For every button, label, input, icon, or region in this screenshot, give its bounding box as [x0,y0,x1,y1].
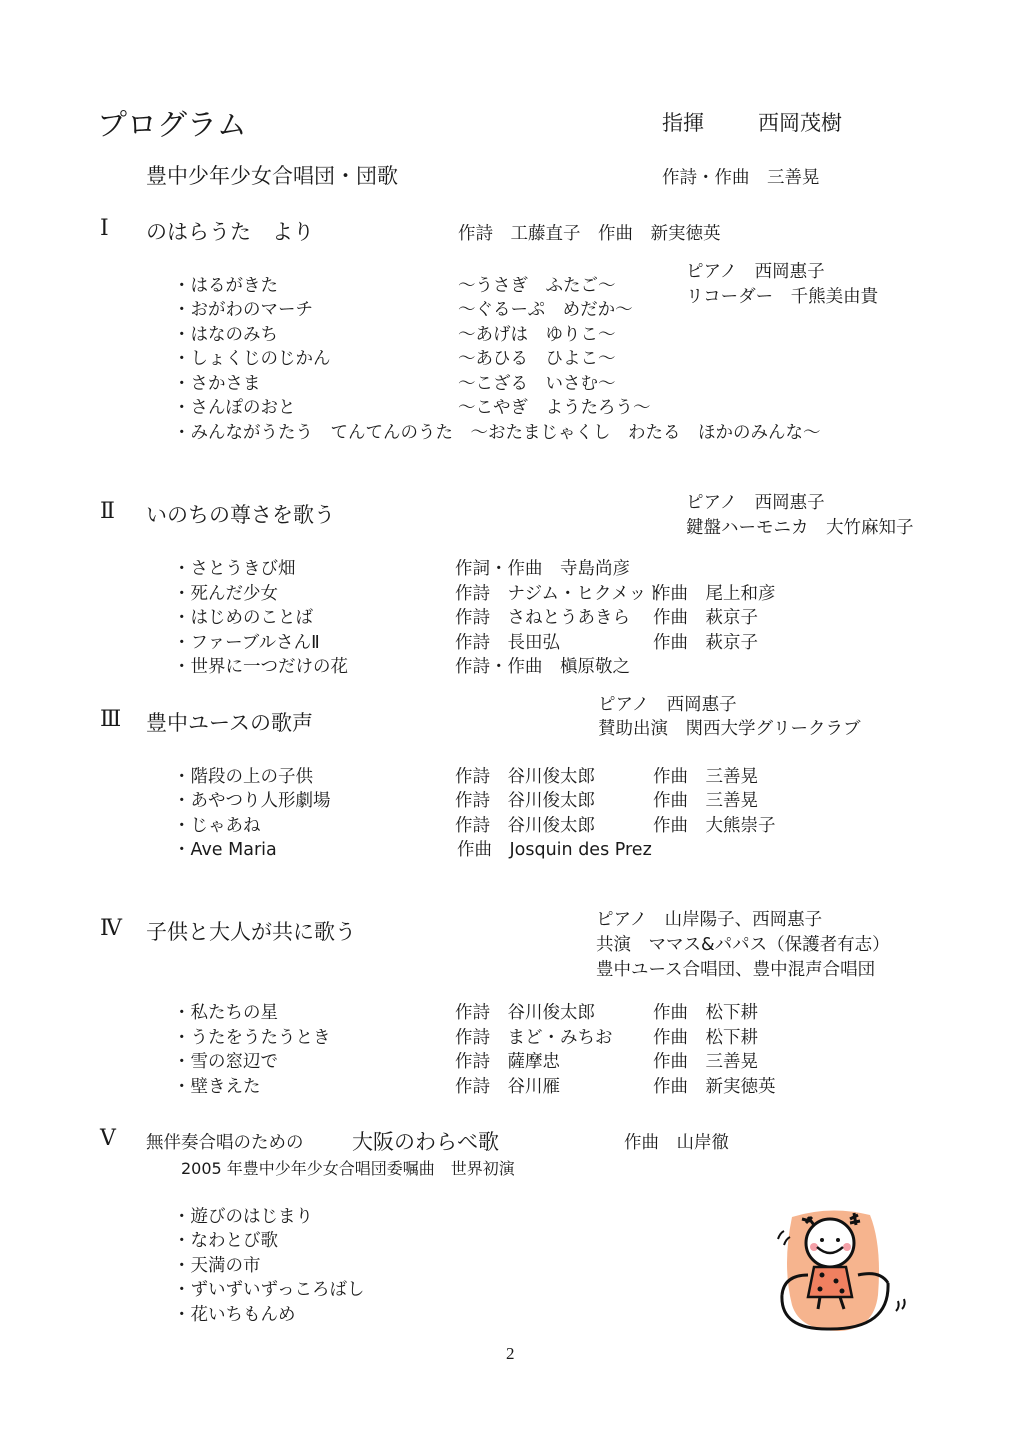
song-title: ・はじめのことば [173,604,313,629]
section-title: のはらうた より [146,216,314,246]
song-title: ・死んだ少女 [173,580,278,605]
song-title: ・遊びのはじまり [173,1203,313,1228]
song-credit-lyrics: 作詩 さねとうあきら [455,604,630,629]
song-title: ・花いちもんめ [173,1301,296,1326]
song-title: ・さかさま [173,370,261,395]
performer: ピアノ 西岡惠子 [686,258,825,283]
song-title: ・はるがきた [173,272,278,297]
song-title: ・私たちの星 [173,999,278,1024]
song-credit-lyrics: 作詞・作曲 寺島尚彦 [455,555,630,580]
song-credit: ～こやぎ ようたろう～ [458,394,651,419]
section-numeral: Ⅳ [100,916,122,941]
song-credit: ～こざる いさむ～ [458,370,616,395]
section-numeral: Ⅴ [100,1126,116,1151]
song-credit-music: 作曲 大熊崇子 [653,812,776,837]
song-title: ・はなのみち [173,321,278,346]
section-numeral: Ⅰ [100,216,109,241]
song-title: ・雪の窓辺で [173,1048,278,1073]
conductor-label: 指揮 [662,107,704,137]
performer: 共演 ママス&パパス（保護者有志） [596,931,890,956]
song-title: ・ずいずいずっころばし [173,1276,364,1301]
song-title: ・さとうきび畑 [173,555,296,580]
section-credit: 作曲 山岸徹 [624,1129,729,1154]
jump-rope-girl-illustration [770,1205,910,1335]
song-title: ・じゃあね [173,812,261,837]
performer: 豊中ユース合唱団、豊中混声合唱団 [596,956,875,981]
song-credit: ～あげは ゆりこ～ [458,321,616,346]
section-subtitle: 2005 年豊中少年少女合唱団委嘱曲 世界初演 [181,1156,515,1179]
song-title: ・うたをうたうとき [173,1024,331,1049]
song-title: ・Ave Maria [173,836,277,861]
song-credit-music: 作曲 新実徳英 [653,1073,776,1098]
opening-song-title: 豊中少年少女合唱団・団歌 [146,160,398,190]
song-title: ・さんぽのおと [173,394,296,419]
section-numeral: Ⅱ [100,499,115,524]
performer: 鍵盤ハーモニカ 大竹麻知子 [686,514,914,539]
page-number: 2 [506,1344,515,1364]
section-title-prefix: 無伴奏合唱のための [146,1129,304,1154]
song-title: ・世界に一つだけの花 [173,653,348,678]
song-credit-music: 作曲 三善晃 [653,763,758,788]
song-title: ・あやつり人形劇場 [173,787,331,812]
section-numeral: Ⅲ [100,707,121,732]
song-credit-music: 作曲 松下耕 [653,1024,758,1049]
section-title: いのちの尊さを歌う [146,499,335,529]
song-title: ・壁きえた [173,1073,261,1098]
performer: ピアノ 西岡惠子 [686,489,825,514]
song-credit: ～あひる ひよこ～ [458,345,616,370]
song-credit: ～うさぎ ふたご～ [458,272,616,297]
song-credit-lyrics: 作詩 薩摩忠 [455,1048,560,1073]
song-title: ・ファーブルさんⅡ [173,629,320,654]
performer: 賛助出演 関西大学グリークラブ [598,715,861,740]
song-credit-music: 作曲 三善晃 [653,787,758,812]
song-credit-lyrics: 作詩 谷川俊太郎 [455,787,595,812]
song-credit-music: 作曲 萩京子 [653,629,758,654]
song-credit-lyrics: 作詩 長田弘 [455,629,560,654]
song-title: ・天満の市 [173,1252,261,1277]
section-title: 豊中ユースの歌声 [146,707,313,737]
song-credit-music: 作曲 松下耕 [653,999,758,1024]
song-title: ・みんながうたう てんてんのうた ～おたまじゃくし わたる ほかのみんな～ [173,419,821,444]
song-title: ・階段の上の子供 [173,763,313,788]
song-credit-music: 作曲 Josquin des Prez [457,836,652,861]
song-credit-lyrics: 作詩 谷川俊太郎 [455,812,595,837]
song-credit-music: 作曲 三善晃 [653,1048,758,1073]
song-credit-music: 作曲 萩京子 [653,604,758,629]
song-credit: ～ぐるーぷ めだか～ [458,296,633,321]
song-credit-lyrics: 作詩 谷川俊太郎 [455,999,595,1024]
song-title: ・なわとび歌 [173,1227,278,1252]
song-credit-lyrics: 作詩 谷川俊太郎 [455,763,595,788]
performer: リコーダー 千熊美由貴 [686,283,878,308]
performer: ピアノ 山岸陽子、西岡惠子 [596,906,822,931]
opening-song-credit: 作詩・作曲 三善晃 [662,164,820,189]
song-credit-lyrics: 作詩 谷川雁 [455,1073,560,1098]
section-credit: 作詩 工藤直子 作曲 新実徳英 [458,220,721,245]
conductor-name: 西岡茂樹 [758,107,842,137]
song-title: ・おがわのマーチ [173,296,313,321]
section-title: 子供と大人が共に歌う [146,916,356,946]
page-title: プログラム [97,100,247,144]
song-credit-lyrics: 作詩 ナジム・ヒクメット [455,580,664,605]
performer: ピアノ 西岡惠子 [598,691,737,716]
song-credit-lyrics: 作詩 まど・みちお [455,1024,613,1049]
song-title: ・しょくじのじかん [173,345,331,370]
song-credit-lyrics: 作詩・作曲 槇原敬之 [455,653,630,678]
section-title: 大阪のわらべ歌 [352,1126,499,1156]
song-credit-music: 作曲 尾上和彦 [653,580,776,605]
